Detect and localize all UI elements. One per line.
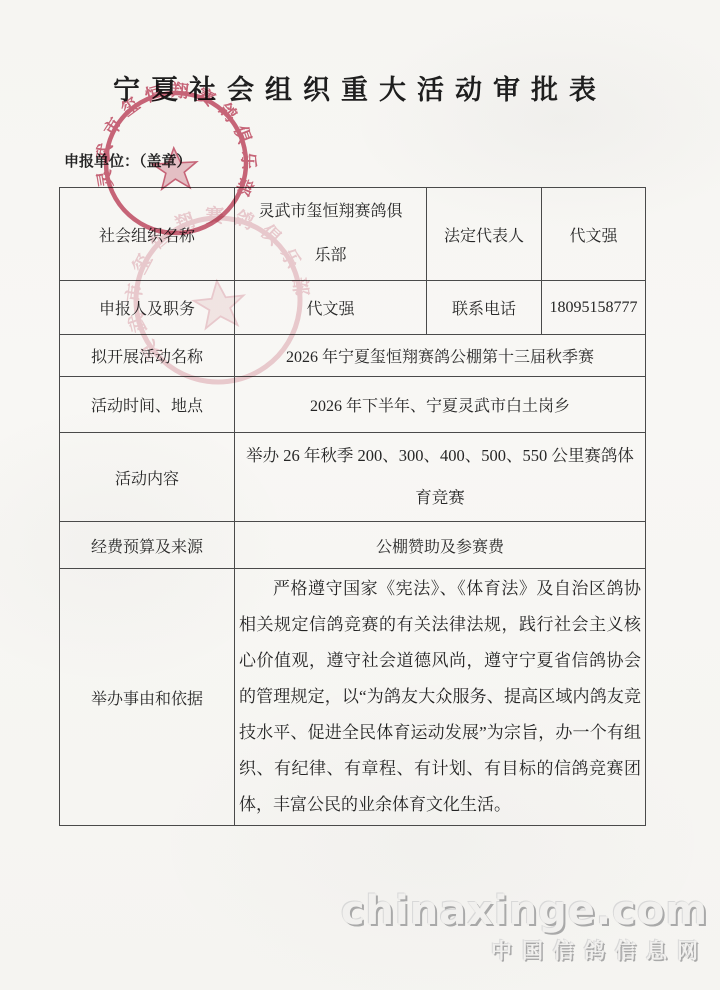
reason-basis-label: 举办事由和依据 bbox=[60, 569, 235, 826]
phone-label: 联系电话 bbox=[427, 281, 542, 335]
page-title: 宁夏社会组织重大活动审批表 bbox=[0, 68, 720, 107]
declarant-value: 代文强 bbox=[235, 281, 427, 335]
watermark-site-name: 中国信鸽信息网 bbox=[341, 935, 708, 965]
budget-source-label: 经费预算及来源 bbox=[60, 522, 235, 569]
activity-content-value: 举办 26 年秋季 200、300、400、500、550 公里赛鸽体育竞赛 bbox=[235, 433, 646, 522]
legal-rep-label: 法定代表人 bbox=[427, 188, 542, 281]
reason-basis-value: 严格遵守国家《宪法》、《体育法》及自治区鸽协相关规定信鸽竞赛的有关法律法规，践行… bbox=[235, 569, 646, 826]
table-row: 经费预算及来源 公棚赞助及参赛费 bbox=[60, 522, 646, 569]
activity-content-label: 活动内容 bbox=[60, 433, 235, 522]
phone-value: 18095158777 bbox=[542, 281, 646, 335]
legal-rep-value: 代文强 bbox=[542, 188, 646, 281]
declarant-label: 申报人及职务 bbox=[60, 281, 235, 335]
activity-name-label: 拟开展活动名称 bbox=[60, 335, 235, 377]
org-name-label: 社会组织名称 bbox=[60, 188, 235, 281]
table-row: 申报人及职务 代文强 联系电话 18095158777 bbox=[60, 281, 646, 335]
activity-name-value: 2026 年宁夏玺恒翔赛鸽公棚第十三届秋季赛 bbox=[235, 335, 646, 377]
activity-time-place-value: 2026 年下半年、宁夏灵武市白土岗乡 bbox=[235, 377, 646, 433]
table-row: 举办事由和依据 严格遵守国家《宪法》、《体育法》及自治区鸽协相关规定信鸽竞赛的有… bbox=[60, 569, 646, 826]
site-watermark: chinaxinge.com 中国信鸽信息网 bbox=[341, 890, 708, 965]
form-table: 社会组织名称 灵武市玺恒翔赛鸽俱乐部 法定代表人 代文强 申报人及职务 代文强 … bbox=[59, 187, 646, 826]
watermark-url: chinaxinge.com bbox=[341, 890, 708, 932]
table-row: 活动内容 举办 26 年秋季 200、300、400、500、550 公里赛鸽体… bbox=[60, 433, 646, 522]
table-row: 社会组织名称 灵武市玺恒翔赛鸽俱乐部 法定代表人 代文强 bbox=[60, 188, 646, 281]
budget-source-value: 公棚赞助及参赛费 bbox=[235, 522, 646, 569]
applicant-unit-label: 申报单位：（盖章） bbox=[64, 150, 192, 171]
activity-time-place-label: 活动时间、地点 bbox=[60, 377, 235, 433]
org-name-value: 灵武市玺恒翔赛鸽俱乐部 bbox=[235, 188, 427, 281]
table-row: 活动时间、地点 2026 年下半年、宁夏灵武市白土岗乡 bbox=[60, 377, 646, 433]
scanned-approval-form: 宁夏社会组织重大活动审批表 申报单位：（盖章） 社会组织名称 灵武市玺恒翔赛鸽俱… bbox=[0, 0, 720, 990]
table-row: 拟开展活动名称 2026 年宁夏玺恒翔赛鸽公棚第十三届秋季赛 bbox=[60, 335, 646, 377]
